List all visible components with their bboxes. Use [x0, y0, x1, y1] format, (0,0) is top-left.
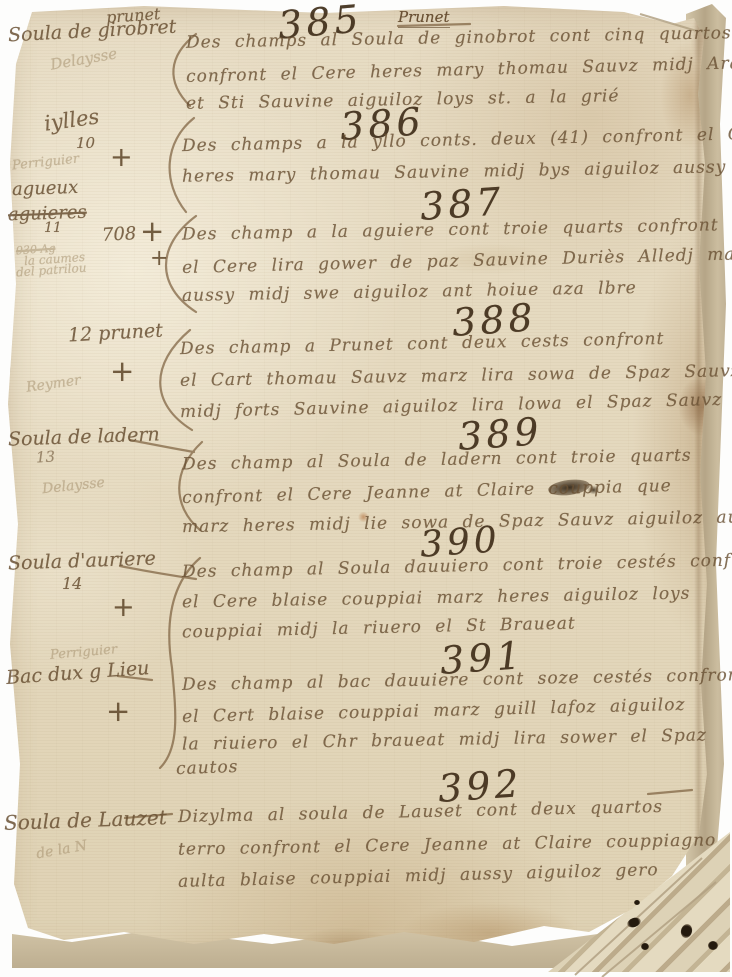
margin-note: 13: [36, 448, 56, 467]
worm-hole: [708, 941, 718, 950]
margin-note: 11: [44, 220, 62, 236]
cross-mark: +: [140, 214, 164, 248]
entry-side-note: Prunet: [398, 8, 450, 28]
cross-mark: +: [150, 246, 168, 271]
margin-note: 10: [76, 134, 95, 152]
worm-hole: [641, 943, 649, 950]
cross-mark: +: [110, 142, 133, 173]
cross-mark: +: [106, 694, 130, 728]
margin-note: 708: [101, 223, 136, 246]
margin-note: agueux: [12, 177, 79, 200]
edge-nick: [2, 244, 14, 264]
cross-mark: +: [112, 592, 135, 623]
worm-hole: [634, 900, 640, 905]
margin-note: 14: [62, 574, 82, 593]
cross-mark: +: [110, 354, 134, 388]
edge-nick: [2, 362, 11, 376]
manuscript-scan: 385 Prunet prunet Soula de girobret Dela…: [0, 0, 732, 977]
entry-line: cautos: [176, 757, 239, 779]
